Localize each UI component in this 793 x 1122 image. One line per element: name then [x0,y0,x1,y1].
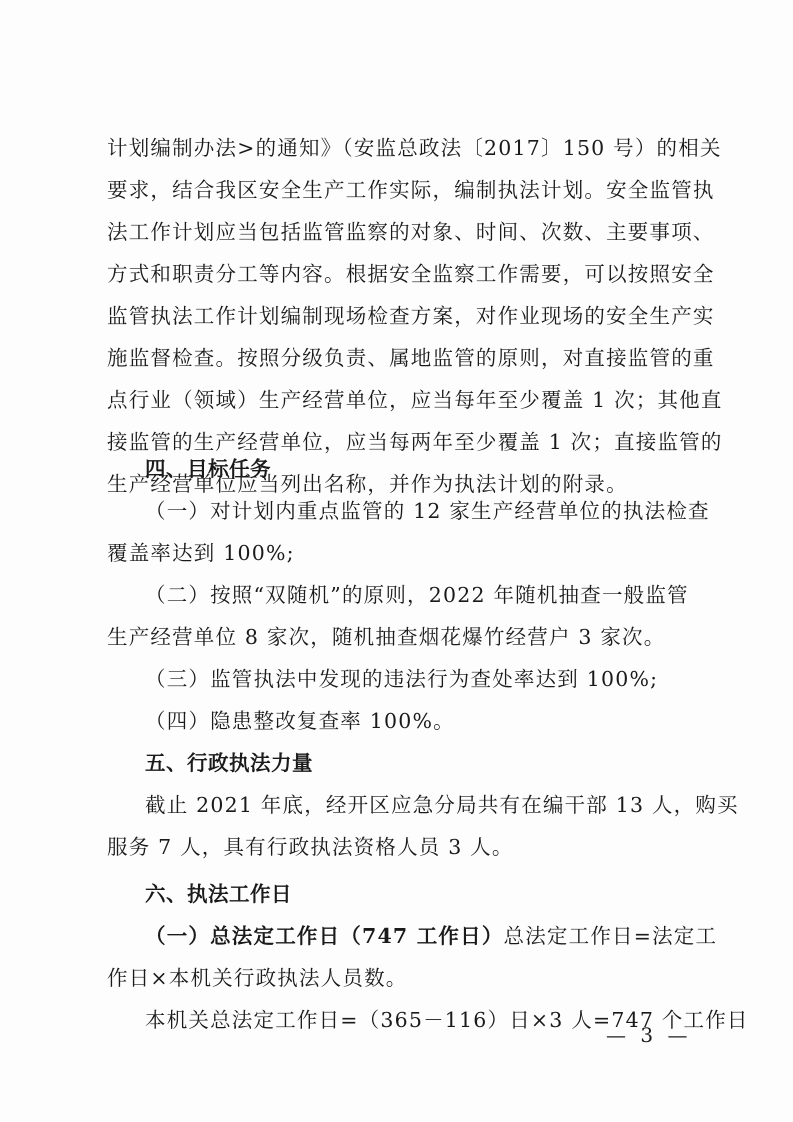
section-heading-enforcement-force: 五、行政执法力量 [145,749,692,777]
page-number: — 3 — [606,1023,691,1047]
goal-item-2: （二）按照“双随机”的原则，2022 年随机抽查一般监管 [145,581,692,609]
body-text-line: 计划编制办法>的通知》（安监总政法〔2017〕150 号）的相关 [107,134,692,162]
body-text-line: 作日×本机关行政执法人员数。 [107,964,692,992]
body-text-line: 服务 7 人，具有行政执法资格人员 3 人。 [107,833,692,861]
body-text-line: 方式和职责分工等内容。根据安全监察工作需要，可以按照安全 [107,260,692,288]
body-text-line: 点行业（领域）生产经营单位，应当每年至少覆盖 1 次；其他直 [107,386,692,414]
body-text-line: 监管执法工作计划编制现场检查方案，对作业现场的安全生产实 [107,302,692,330]
body-text-line: 接监管的生产经营单位，应当每两年至少覆盖 1 次；直接监管的 [107,428,692,456]
subsection-text: 总法定工作日=法定工 [504,924,718,948]
goal-item-3: （三）监管执法中发现的违法行为查处率达到 100%; [145,665,692,693]
body-text-line: 要求，结合我区安全生产工作实际，编制执法计划。安全监管执 [107,176,692,204]
section-heading-goals: 四、目标任务 [145,455,692,483]
body-text-line: 截止 2021 年底，经开区应急分局共有在编干部 13 人，购买 [145,791,692,819]
body-text-line: 施监督检查。按照分级负责、属地监管的原则，对直接监管的重 [107,344,692,372]
subsection-title: （一）总法定工作日（747 工作日） [145,924,504,948]
workdays-subsection-1: （一）总法定工作日（747 工作日）总法定工作日=法定工 [145,922,692,950]
section-heading-workdays: 六、执法工作日 [145,880,692,908]
document-page: 计划编制办法>的通知》（安监总政法〔2017〕150 号）的相关 要求，结合我区… [0,0,793,1122]
goal-item-1-cont: 覆盖率达到 100%; [107,539,692,567]
goal-item-2-cont: 生产经营单位 8 家次，随机抽查烟花爆竹经营户 3 家次。 [107,623,692,651]
body-text-line: 法工作计划应当包括监管监察的对象、时间、次数、主要事项、 [107,218,692,246]
goal-item-1: （一）对计划内重点监管的 12 家生产经营单位的执法检查 [145,497,692,525]
goal-item-4: （四）隐患整改复查率 100%。 [145,707,692,735]
